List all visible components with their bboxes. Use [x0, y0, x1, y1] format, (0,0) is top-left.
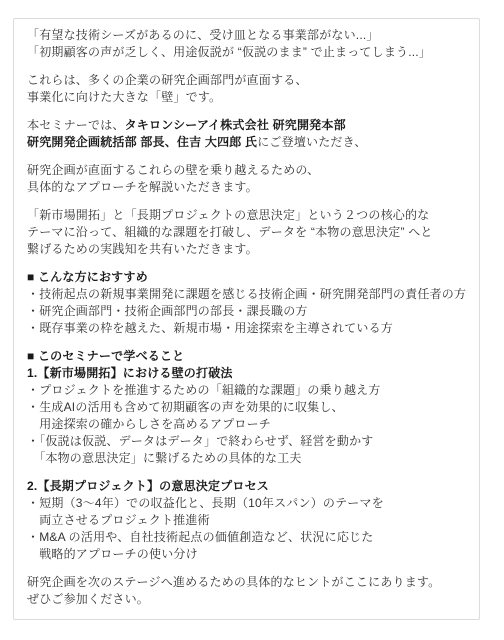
text-segment: 「新市場開拓」と「長期プロジェクトの意思決定」という２つの核心的な: [27, 208, 429, 222]
text-line: 両立させるプロジェクト推進術: [27, 512, 466, 529]
page: { "page": { "background": "#ffffff" }, "…: [0, 0, 504, 640]
text-line: 戦略的アプローチの使い分け: [27, 546, 466, 563]
text-line: 具体的なアプローチを解説いただきます。: [27, 179, 466, 196]
seminar-purpose: 研究企画が直面するこれらの壁を乗り越えるための、具体的なアプローチを解説いただき…: [27, 162, 466, 196]
intro-quotes: 「有望な技術シーズがあるのに、受け皿となる事業部がない...」「初期顧客の声が乏…: [27, 27, 466, 61]
recommended-for-section: ■ こんな方におすすめ・技術起点の新規事業開発に課題を感じる技術企画・研究開発部…: [27, 269, 466, 337]
text-segment: 「初期顧客の声が乏しく、用途仮説が “仮説のまま” で止まってしまう...」: [27, 45, 431, 59]
text-line: ・M&A の活用や、自社技術起点の価値創造など、状況に応じた: [27, 529, 466, 546]
text-line: 「本物の意思決定」に繋げるための具体的な工夫: [27, 450, 466, 467]
bold-text-segment: 1.【新市場開拓】における壁の打破法: [27, 366, 233, 380]
text-segment: 具体的なアプローチを解説いただきます。: [27, 180, 258, 194]
text-segment: にご登壇いただき、: [257, 135, 366, 149]
text-line: ・生成AIの活用も含めて初期顧客の声を効果的に収集し、: [27, 399, 466, 416]
bold-text-segment: 2.【長期プロジェクト】の意思決定プロセス: [27, 479, 269, 493]
bold-text-segment: ■ このセミナーで学べること: [27, 349, 184, 363]
text-line: ・技術起点の新規事業開発に課題を感じる技術企画・研究開発部門の責任者の方: [27, 286, 466, 303]
text-segment: ・技術起点の新規事業開発に課題を感じる技術企画・研究開発部門の責任者の方: [27, 287, 466, 301]
speaker-introduction: 本セミナーでは、タキロンシーアイ株式会社 研究開発本部研究開発企画統括部 部長、…: [27, 117, 466, 151]
text-line: 研究企画を次のステージへ進めるための具体的なヒントがここにあります。: [27, 574, 466, 591]
problem-statement: これらは、多くの企業の研究企画部門が直面する、事業化に向けた大きな「壁」です。: [27, 72, 466, 106]
text-segment: これらは、多くの企業の研究企画部門が直面する、: [27, 73, 308, 87]
text-line: ■ こんな方におすすめ: [27, 269, 466, 286]
text-segment: 戦略的アプローチの使い分け: [27, 547, 198, 561]
text-line: 研究開発企画統括部 部長、住吉 大四郎 氏にご登壇いただき、: [27, 134, 466, 151]
text-line: ぜひご参加ください。: [27, 591, 466, 608]
text-segment: ・短期（3〜4年）での収益化と、長期（10年スパン）のテーマを: [27, 496, 384, 510]
text-line: ・「仮説は仮説、データはデータ」で終わらせず、経営を動かす: [27, 433, 466, 450]
text-segment: 用途探索の確からしさを高めるアプローチ: [27, 417, 271, 431]
bold-text-segment: ■ こんな方におすすめ: [27, 270, 148, 284]
text-line: 研究企画が直面するこれらの壁を乗り越えるための、: [27, 162, 466, 179]
text-segment: 両立させるプロジェクト推進術: [27, 513, 210, 527]
text-line: 2.【長期プロジェクト】の意思決定プロセス: [27, 478, 466, 495]
text-line: 「初期顧客の声が乏しく、用途仮説が “仮説のまま” で止まってしまう...」: [27, 44, 466, 61]
text-line: 「新市場開拓」と「長期プロジェクトの意思決定」という２つの核心的な: [27, 207, 466, 224]
text-segment: テーマに沿って、組織的な課題を打破し、データを “本物の意思決定” へと: [27, 225, 433, 239]
text-line: 本セミナーでは、タキロンシーアイ株式会社 研究開発本部: [27, 117, 466, 134]
text-segment: ・生成AIの活用も含めて初期顧客の声を効果的に収集し、: [27, 400, 344, 414]
text-line: ・短期（3〜4年）での収益化と、長期（10年スパン）のテーマを: [27, 495, 466, 512]
text-segment: 本セミナーでは、: [27, 118, 125, 132]
text-segment: ・M&A の活用や、自社技術起点の価値創造など、状況に応じた: [27, 530, 373, 544]
text-line: 事業化に向けた大きな「壁」です。: [27, 89, 466, 106]
learning-points-section-2: 2.【長期プロジェクト】の意思決定プロセス・短期（3〜4年）での収益化と、長期（…: [27, 478, 466, 563]
text-line: 用途探索の確からしさを高めるアプローチ: [27, 416, 466, 433]
text-line: ■ このセミナーで学べること: [27, 348, 466, 365]
seminar-themes: 「新市場開拓」と「長期プロジェクトの意思決定」という２つの核心的なテーマに沿って…: [27, 207, 466, 258]
text-segment: 研究企画が直面するこれらの壁を乗り越えるための、: [27, 163, 319, 177]
text-line: ・研究企画部門・技術企画部門の部長・課長職の方: [27, 303, 466, 320]
card-body: 「有望な技術シーズがあるのに、受け皿となる事業部がない...」「初期顧客の声が乏…: [27, 27, 466, 608]
closing-call-to-action: 研究企画を次のステージへ進めるための具体的なヒントがここにあります。ぜひご参加く…: [27, 574, 466, 608]
text-line: テーマに沿って、組織的な課題を打破し、データを “本物の意思決定” へと: [27, 224, 466, 241]
bold-text-segment: タキロンシーアイ株式会社 研究開発本部: [125, 118, 346, 132]
text-segment: 繋げるための実践知を共有いただきます。: [27, 242, 258, 256]
text-segment: ぜひご参加ください。: [27, 592, 149, 606]
text-segment: ・「仮説は仮説、データはデータ」で終わらせず、経営を動かす: [27, 434, 373, 448]
learning-points-section-1: ■ このセミナーで学べること1.【新市場開拓】における壁の打破法・プロジェクトを…: [27, 348, 466, 467]
text-segment: 事業化に向けた大きな「壁」です。: [27, 90, 221, 104]
text-segment: 「本物の意思決定」に繋げるための具体的な工夫: [27, 451, 302, 465]
text-segment: ・プロジェクトを推進するための「組織的な課題」の乗り越え方: [27, 383, 381, 397]
text-line: 繋げるための実践知を共有いただきます。: [27, 241, 466, 258]
text-line: ・既存事業の枠を越えた、新規市場・用途探索を主導されている方: [27, 320, 466, 337]
text-segment: ・既存事業の枠を越えた、新規市場・用途探索を主導されている方: [27, 321, 393, 335]
text-segment: 研究企画を次のステージへ進めるための具体的なヒントがここにあります。: [27, 575, 440, 589]
text-line: 1.【新市場開拓】における壁の打破法: [27, 365, 466, 382]
text-line: ・プロジェクトを推進するための「組織的な課題」の乗り越え方: [27, 382, 466, 399]
text-line: これらは、多くの企業の研究企画部門が直面する、: [27, 72, 466, 89]
seminar-description-card: 「有望な技術シーズがあるのに、受け皿となる事業部がない...」「初期顧客の声が乏…: [13, 18, 480, 620]
text-segment: 「有望な技術シーズがあるのに、受け皿となる事業部がない...」: [27, 28, 379, 42]
bold-text-segment: 研究開発企画統括部 部長、住吉 大四郎 氏: [27, 135, 257, 149]
text-segment: ・研究企画部門・技術企画部門の部長・課長職の方: [27, 304, 308, 318]
text-line: 「有望な技術シーズがあるのに、受け皿となる事業部がない...」: [27, 27, 466, 44]
